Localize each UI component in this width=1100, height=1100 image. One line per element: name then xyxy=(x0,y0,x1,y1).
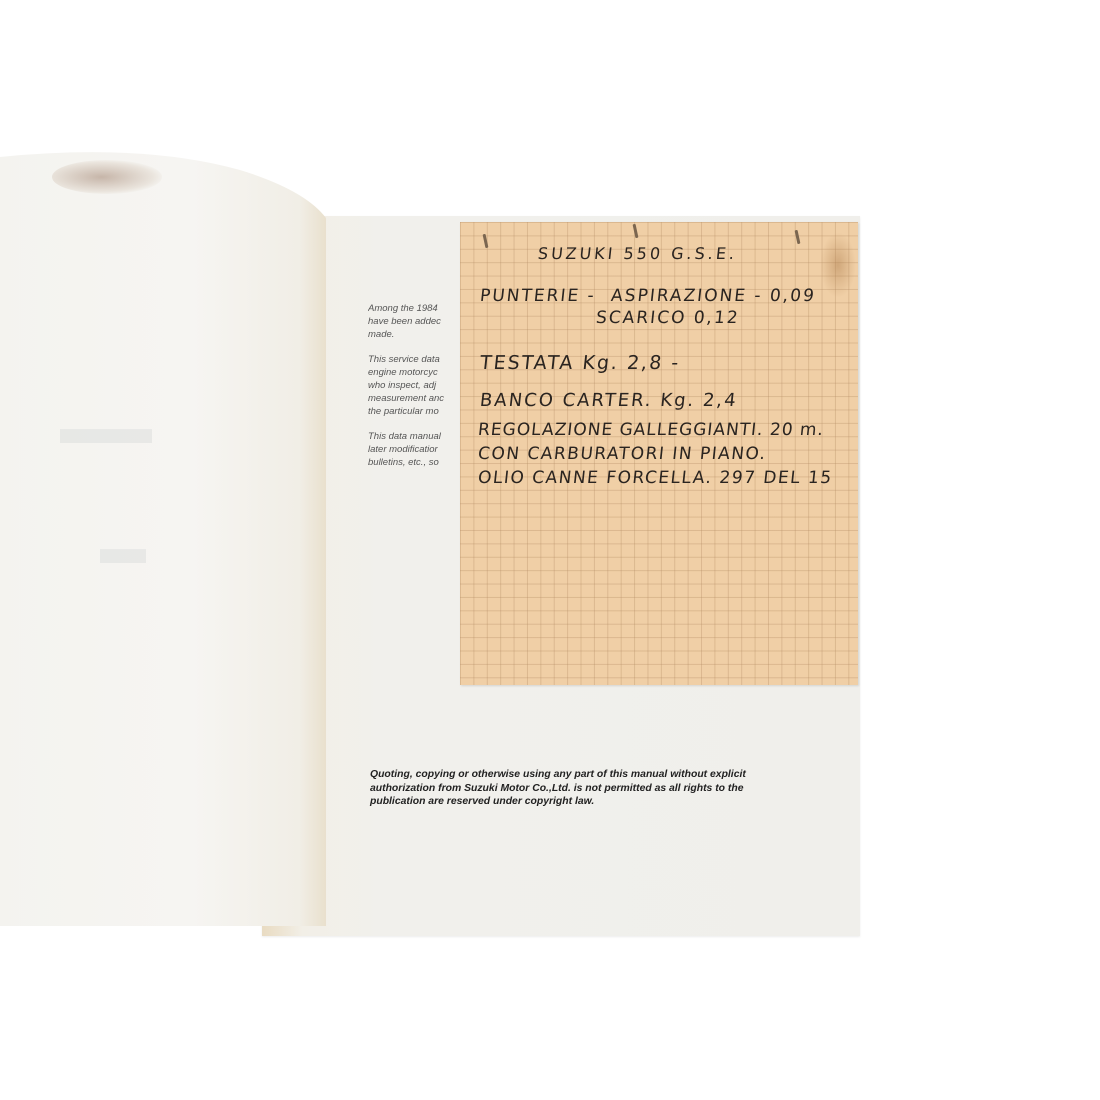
stain-mark xyxy=(52,160,162,194)
note-line: REGOLAZIONE GALLEGGIANTI. 20 m. xyxy=(477,420,825,440)
water-stain xyxy=(820,232,856,298)
intro-paragraph-1: Among the 1984 have been addec made. xyxy=(368,302,462,341)
copyright-line: Quoting, copying or otherwise using any … xyxy=(370,768,810,782)
show-through-text: ▬ xyxy=(100,520,146,574)
note-line: OLIO CANNE FORCELLA. 297 DEL 15 xyxy=(477,468,834,488)
note-title: SUZUKI 550 G.S.E. xyxy=(537,244,738,263)
staple-mark xyxy=(483,234,489,248)
note-line: TESTATA Kg. 2,8 - xyxy=(479,352,682,374)
intro-paragraph-3: This data manual later modificatior bull… xyxy=(368,430,462,469)
intro-paragraph-2: This service data engine motorcyc who in… xyxy=(368,353,462,418)
note-line: PUNTERIE - ASPIRAZIONE - 0,09 xyxy=(479,286,817,306)
note-line: BANCO CARTER. Kg. 2,4 xyxy=(479,390,739,411)
copyright-line: authorization from Suzuki Motor Co.,Ltd.… xyxy=(370,782,810,796)
show-through-text: ▬▬ xyxy=(60,400,152,454)
photo-stage: Among the 1984 have been addec made. Thi… xyxy=(0,0,1100,1100)
staple-mark xyxy=(795,230,801,244)
note-line: SCARICO 0,12 xyxy=(595,308,741,328)
handwritten-notepaper: SUZUKI 550 G.S.E. PUNTERIE - ASPIRAZIONE… xyxy=(460,222,858,685)
note-line: CON CARBURATORI IN PIANO. xyxy=(477,444,768,464)
copyright-line: publication are reserved under copyright… xyxy=(370,795,810,809)
intro-text: Among the 1984 have been addec made. Thi… xyxy=(368,302,462,481)
left-page: ▬▬ ▬ xyxy=(0,150,326,926)
staple-mark xyxy=(633,224,639,238)
copyright-notice: Quoting, copying or otherwise using any … xyxy=(370,768,810,809)
